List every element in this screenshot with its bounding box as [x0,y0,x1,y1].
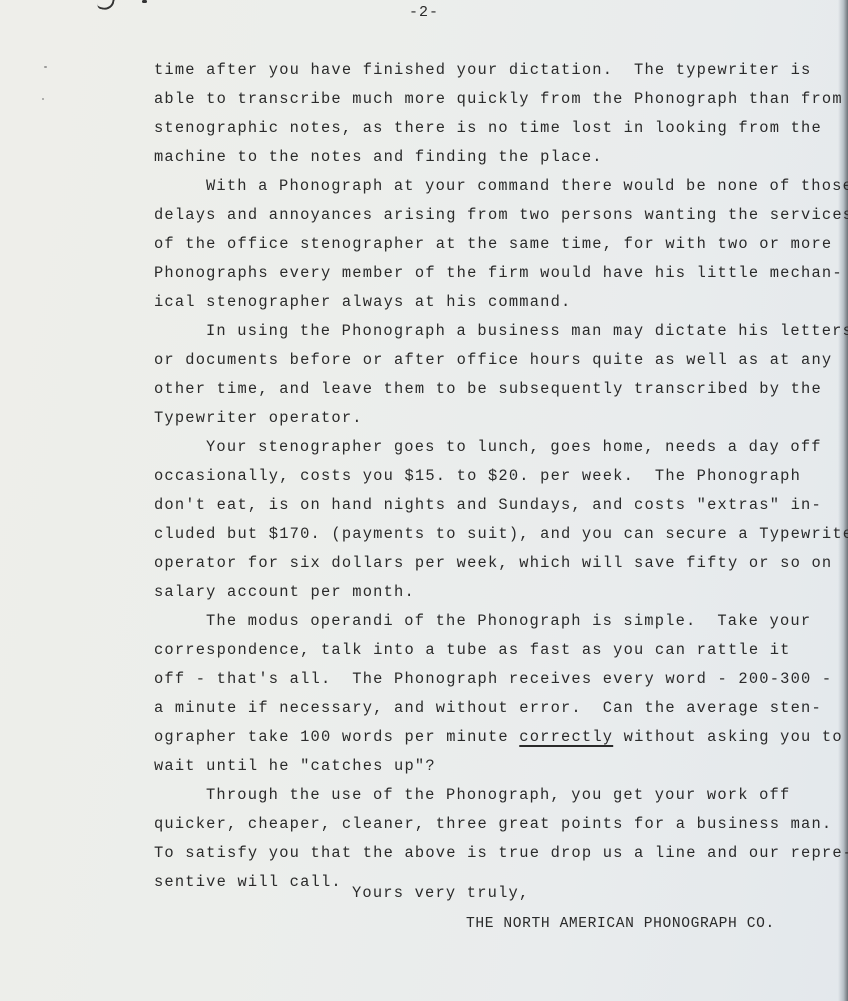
letter-signature: THE NORTH AMERICAN PHONOGRAPH CO. [466,916,775,932]
text-line-with-emphasis: ographer take 100 words per minute corre… [154,723,834,752]
text-segment: ographer take 100 words per minute [154,728,519,746]
text-segment: without asking you to [613,728,843,746]
text-line: cluded but $170. (payments to suit), and… [154,520,834,549]
letter-closing: Yours very truly, [352,884,529,902]
text-line: able to transcribe much more quickly fro… [154,85,834,114]
handwriting-dot [142,0,147,3]
paragraph-1: time after you have finished your dictat… [154,56,834,172]
text-line: Typewriter operator. [154,404,834,433]
page-number: -2- [0,4,848,21]
text-line: of the office stenographer at the same t… [154,230,834,259]
paper-speck [44,66,47,68]
text-line: Through the use of the Phonograph, you g… [154,781,834,810]
text-line: Phonographs every member of the firm wou… [154,259,834,288]
text-line: ical stenographer always at his command. [154,288,834,317]
text-line: To satisfy you that the above is true dr… [154,839,834,868]
text-line: time after you have finished your dictat… [154,56,834,85]
text-line: don't eat, is on hand nights and Sundays… [154,491,834,520]
text-line: wait until he "catches up"? [154,752,834,781]
text-line: In using the Phonograph a business man m… [154,317,834,346]
text-line: With a Phonograph at your command there … [154,172,834,201]
text-line: stenographic notes, as there is no time … [154,114,834,143]
text-line: Your stenographer goes to lunch, goes ho… [154,433,834,462]
text-line: quicker, cheaper, cleaner, three great p… [154,810,834,839]
text-line: a minute if necessary, and without error… [154,694,834,723]
text-line: other time, and leave them to be subsequ… [154,375,834,404]
text-line: The modus operandi of the Phonograph is … [154,607,834,636]
text-line: delays and annoyances arising from two p… [154,201,834,230]
paper-speck [42,98,44,100]
text-line: occasionally, costs you $15. to $20. per… [154,462,834,491]
text-line: machine to the notes and finding the pla… [154,143,834,172]
paragraph-3: In using the Phonograph a business man m… [154,317,834,433]
text-line: correspondence, talk into a tube as fast… [154,636,834,665]
paragraph-6: Through the use of the Phonograph, you g… [154,781,834,897]
underlined-word: correctly [519,728,613,746]
text-line: or documents before or after office hour… [154,346,834,375]
paragraph-4: Your stenographer goes to lunch, goes ho… [154,433,834,607]
letter-body: time after you have finished your dictat… [154,56,834,897]
paragraph-2: With a Phonograph at your command there … [154,172,834,317]
paragraph-5: The modus operandi of the Phonograph is … [154,607,834,781]
text-line: salary account per month. [154,578,834,607]
text-line: operator for six dollars per week, which… [154,549,834,578]
text-line: off - that's all. The Phonograph receive… [154,665,834,694]
